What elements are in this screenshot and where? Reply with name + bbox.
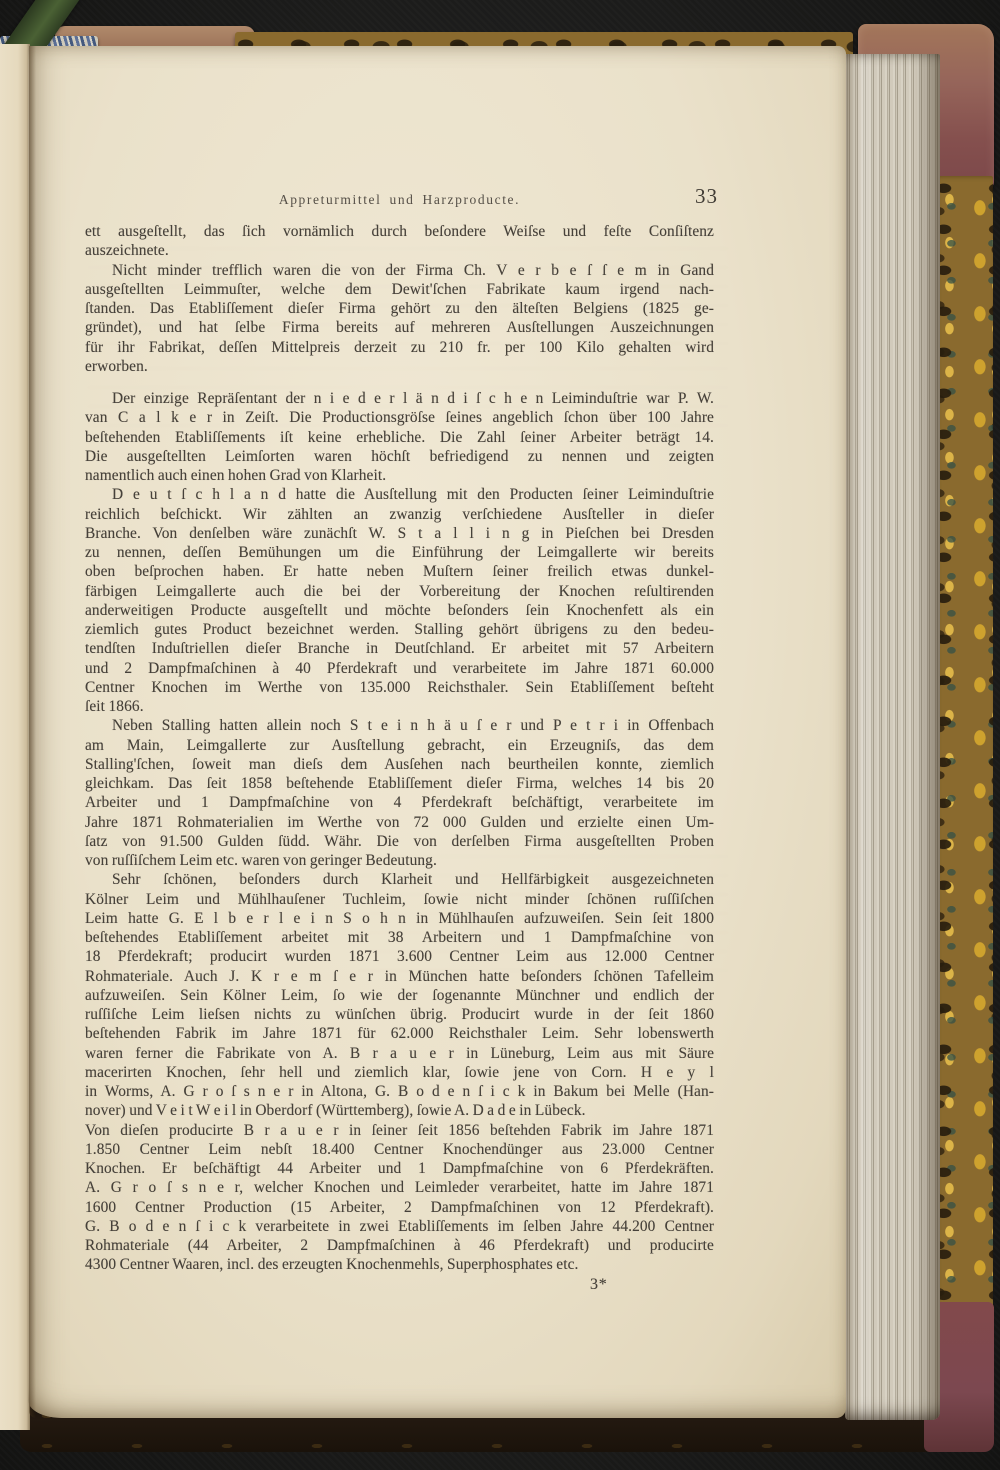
text-line: auszeichnete.: [85, 241, 714, 260]
text-line: Rohmateriale (44 Arbeiter, 2 Dampfmaſchi…: [85, 1236, 714, 1255]
text-line: in Worms, A. G r o ſ s n e r in Altona, …: [85, 1082, 714, 1101]
text-line: Sehr ſchönen, beſonders durch Klarheit u…: [85, 870, 714, 889]
text-line: Jahre 1871 Rohmaterialien im Werthe von …: [85, 813, 714, 832]
text-line: aufzuweiſen. Sein Kölner Leim, ſo wie de…: [85, 986, 714, 1005]
text-line: Nicht minder trefflich waren die von der…: [85, 261, 714, 280]
text-line: und 2 Dampfmaſchinen à 40 Pferdekraft un…: [85, 659, 714, 678]
text-line: Arbeiter und 1 Dampfmaſchine von 4 Pferd…: [85, 793, 714, 812]
text-line: Kölner Leim und Mühlhauſener Tuchleim, ſ…: [85, 890, 714, 909]
facing-page-edge: [0, 44, 30, 1430]
text-line: van C a l k e r in Zeiſt. Die Production…: [85, 408, 714, 427]
gutter-crease: [29, 46, 36, 1418]
text-line: ett ausgeſtellt, das ſich vornämlich dur…: [85, 222, 714, 241]
text-line: Centner Knochen im Werthe von 135.000 Re…: [85, 678, 714, 697]
text-line: für ihr Fabrikat, deſſen Mittelpreis der…: [85, 338, 714, 357]
text-line: D e u t ſ c h l a n d hatte die Ausſtell…: [85, 485, 714, 504]
text-line: Der einzige Repräſentant der n i e d e r…: [85, 389, 714, 408]
text-line: ſatz von 91.500 Gulden ſüdd. Währ. Die v…: [85, 832, 714, 851]
text-line: Stalling'ſchen, ſoweit man dieſs dem Aus…: [85, 755, 714, 774]
text-line: ſeit 1866.: [85, 697, 714, 716]
text-line: beſtehenden Fabrik im Jahre 1871 für 62.…: [85, 1024, 714, 1043]
text-line: A. G r o ſ s n e r, welcher Knochen und …: [85, 1178, 714, 1197]
text-line: nover) und V e i t W e i l in Oberdorf (…: [85, 1101, 714, 1120]
text-line: oben beſprochen haben. Er hatte neben Mu…: [85, 562, 714, 581]
page-header: Appreturmittel und Harzproducte. 33: [85, 186, 714, 212]
marbled-board-fore-edge: [933, 176, 993, 1318]
text-line: 18 Pferdekraft; producirt wurden 1871 3.…: [85, 947, 714, 966]
text-line: gründet), und hat ſelbe Firma bereits au…: [85, 318, 714, 337]
page-number: 33: [695, 184, 718, 209]
text-line: waren ferner die Fabrikate von A. B r a …: [85, 1044, 714, 1063]
text-line: anderweitigen Producte ausgeſtellt und m…: [85, 601, 714, 620]
text-line: namentlich auch einen hohen Grad von Kla…: [85, 466, 714, 485]
text-line: Branche. Von denſelben wäre zunächſt W. …: [85, 524, 714, 543]
text-line: von ruſſiſchem Leim etc. waren von gerin…: [85, 851, 714, 870]
body-lines: ett ausgeſtellt, das ſich vornämlich dur…: [85, 222, 714, 1275]
text-line: macerirten Knochen, ſehr hell und ziemli…: [85, 1063, 714, 1082]
text-line: Rohmateriale. Auch J. K r e m ſ e r in M…: [85, 967, 714, 986]
text-line: ausgeſtellten Leimmuſter, welche dem Dew…: [85, 280, 714, 299]
text-block-fore-edge: [845, 54, 940, 1420]
text-line: zu nennen, deſſen Bemühungen um die Einf…: [85, 543, 714, 562]
text-line: Die ausgeſtellten Leimſorten waren höchſ…: [85, 447, 714, 466]
text-line: Knochen. Er beſchäftigt 44 Arbeiter und …: [85, 1159, 714, 1178]
text-line: tendſten Induſtriellen dieſer Branche in…: [85, 639, 714, 658]
text-line: 1.850 Centner Leim nebſt 18.400 Centner …: [85, 1140, 714, 1159]
text-line: Von dieſen producirte B r a u e r in ſei…: [85, 1121, 714, 1140]
text-line: färbigen Leimgallerte auch die bei der V…: [85, 582, 714, 601]
text-line: am Main, Leimgallerte zur Ausſtellung ge…: [85, 736, 714, 755]
text-line: ruſſiſche Leim lieſsen nichts zu wünſche…: [85, 1005, 714, 1024]
text-line: ziemlich gutes Product bezeichnet werden…: [85, 620, 714, 639]
text-line: 1600 Centner Production (15 Arbeiter, 2 …: [85, 1198, 714, 1217]
text-line: reichlich beſchickt. Wir zählten an zwan…: [85, 505, 714, 524]
text-line: G. B o d e n ſ i c k verarbeitete in zwe…: [85, 1217, 714, 1236]
text-line: Neben Stalling hatten allein noch S t e …: [85, 716, 714, 735]
text-line: beſtehendes Etabliſſement arbeitet mit 3…: [85, 928, 714, 947]
signature-mark: 3*: [85, 1275, 714, 1294]
text-line: 4300 Centner Waaren, incl. des erzeugten…: [85, 1255, 714, 1274]
text-line: beſtehenden Etabliſſements iſt keine erh…: [85, 428, 714, 447]
book-page: Appreturmittel und Harzproducte. 33 ett …: [28, 46, 846, 1418]
running-header: Appreturmittel und Harzproducte.: [85, 186, 714, 208]
text-line: Leim hatte G. E l b e r l e i n S o h n …: [85, 909, 714, 928]
text-line: erworben.: [85, 357, 714, 376]
text-line: gleichkam. Das ſeit 1858 beſtehende Etab…: [85, 774, 714, 793]
body-text: ett ausgeſtellt, das ſich vornämlich dur…: [85, 222, 714, 1294]
text-line: ſtanden. Das Etabliſſement dieſer Firma …: [85, 299, 714, 318]
